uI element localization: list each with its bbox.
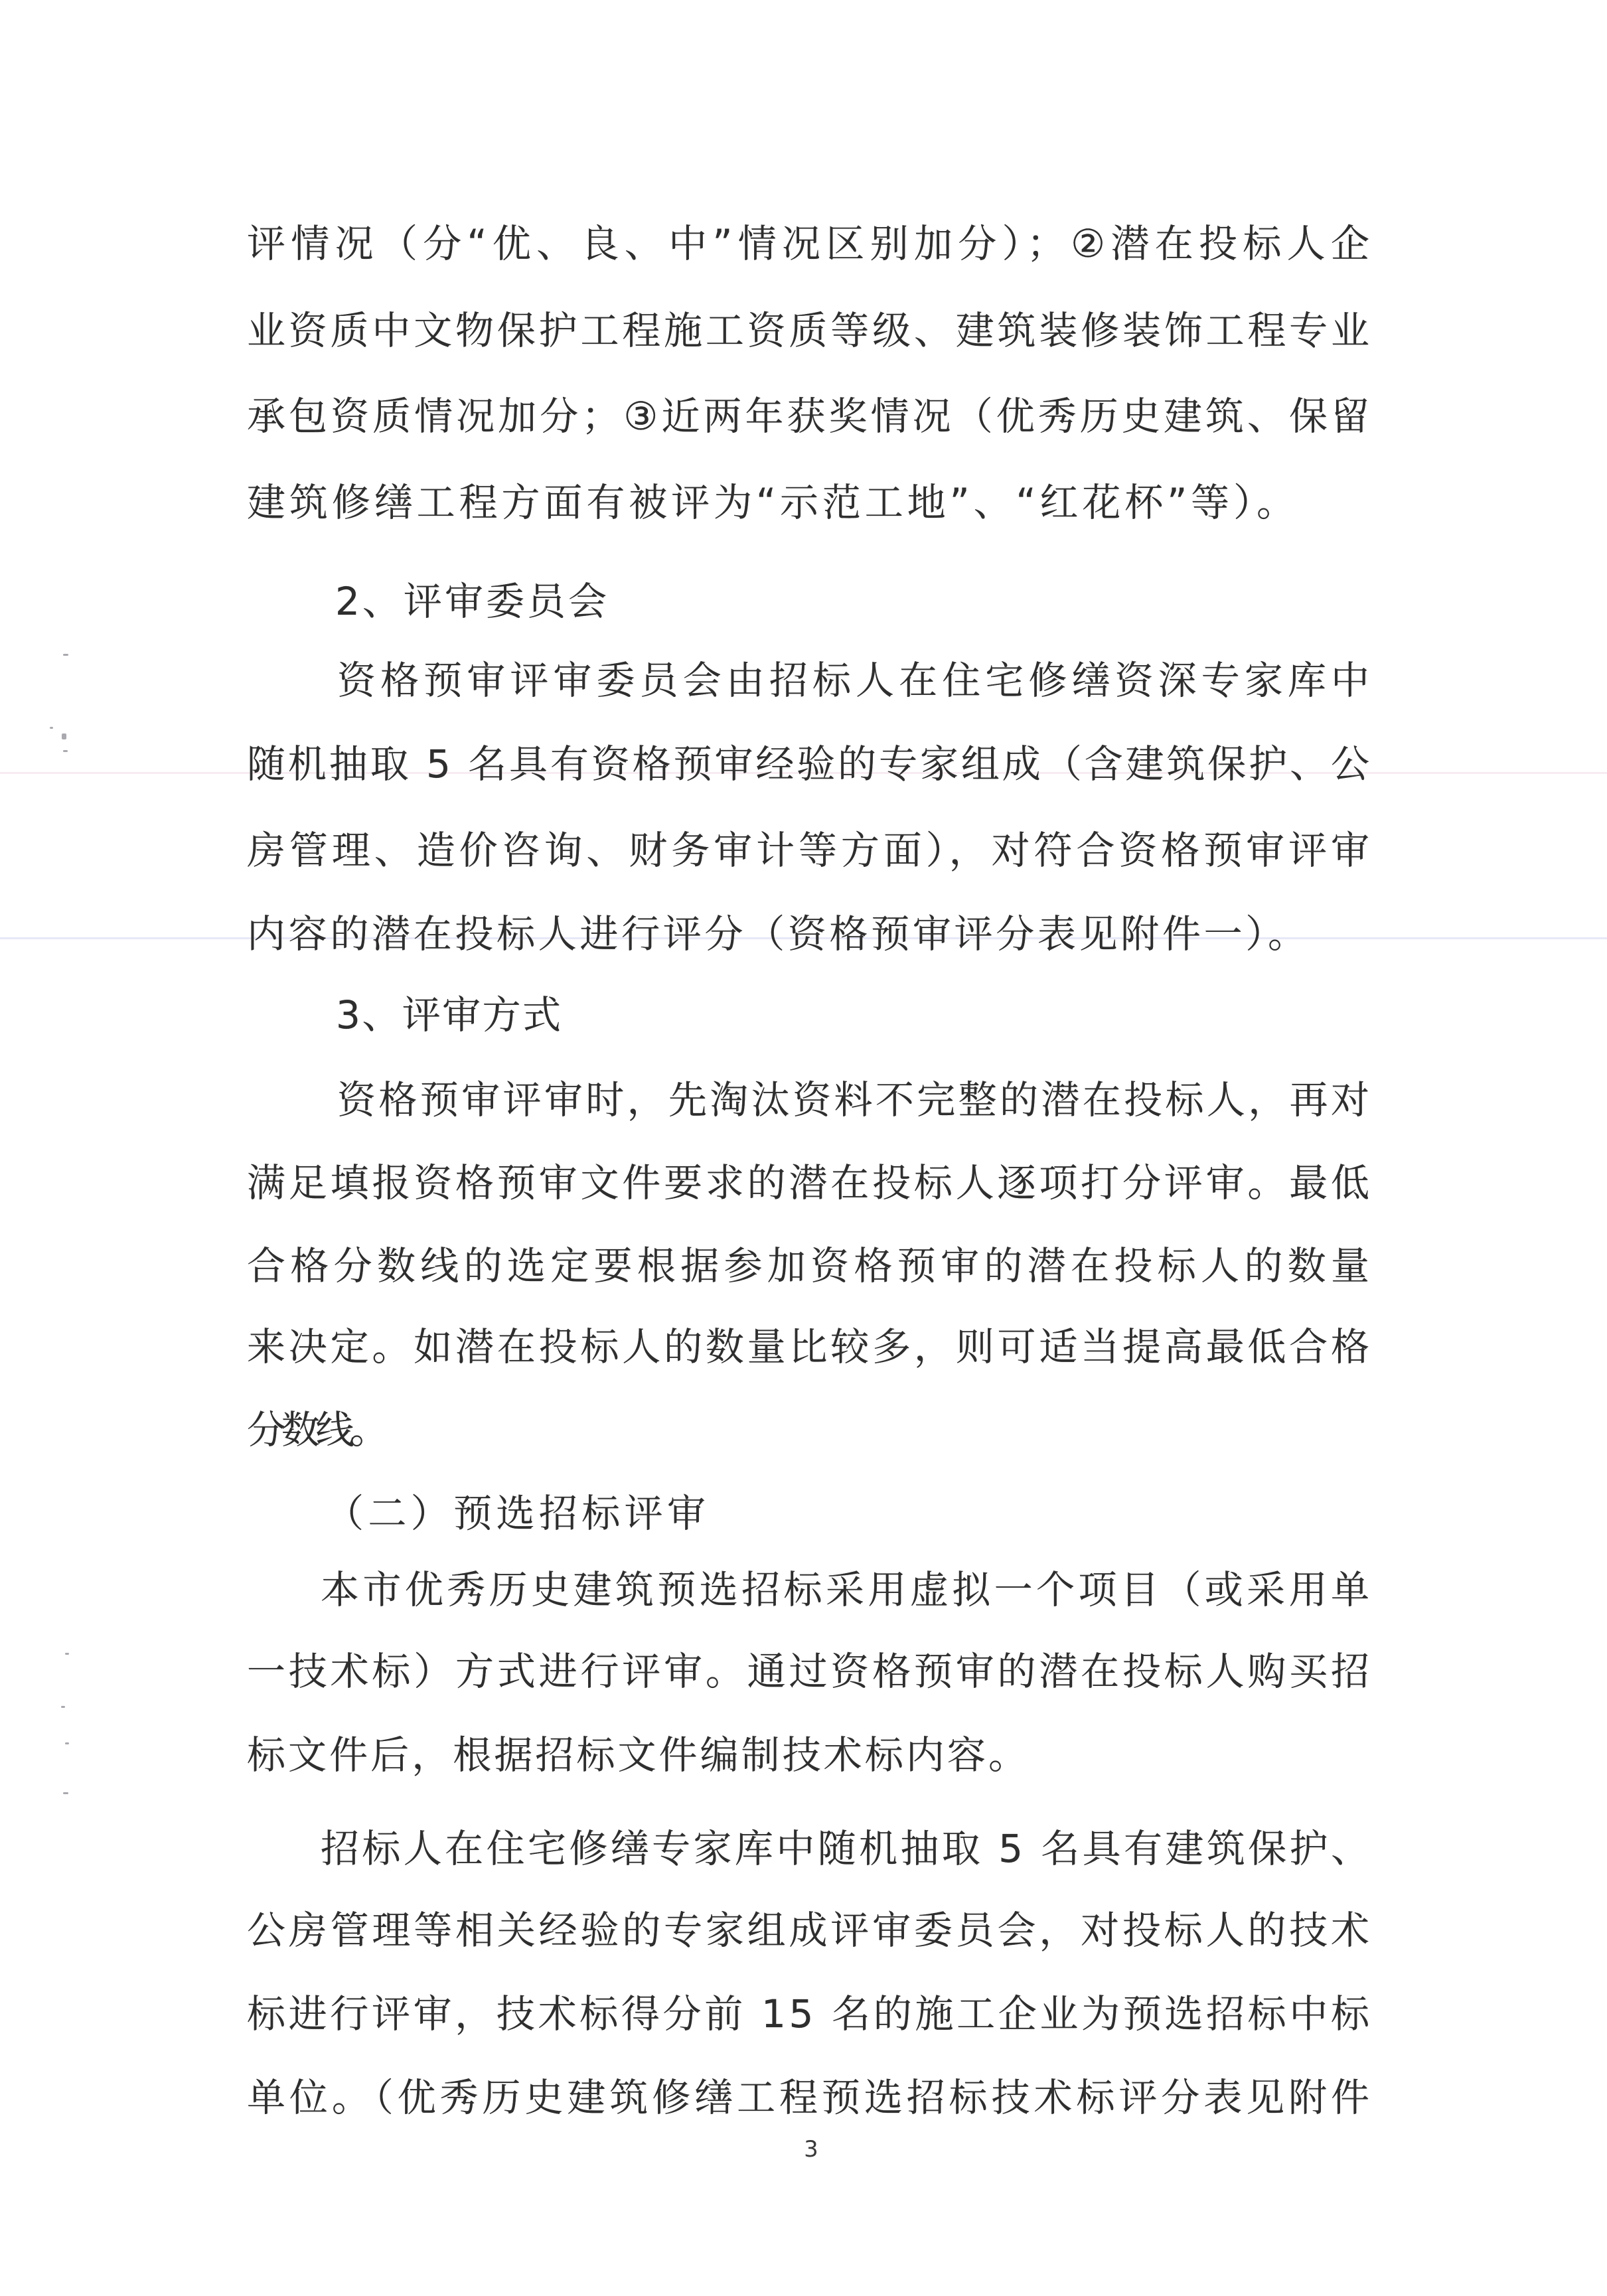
- text-line: 承包资质情况加分；③近两年获奖情况（优秀历史建筑、保留: [247, 393, 1369, 439]
- text-line: 标文件后，根据招标文件编制技术标内容。: [247, 1732, 1027, 1778]
- text-line: 满足填报资格预审文件要求的潜在投标人逐项打分评审。最低: [247, 1160, 1369, 1206]
- text-line: 一技术标）方式进行评审。通过资格预审的潜在投标人购买招: [247, 1648, 1369, 1695]
- scan-margin-mark: [62, 733, 66, 739]
- page-number: 3: [791, 2136, 831, 2163]
- text-line: 来决定。如潜在投标人的数量比较多，则可适当提高最低合格: [247, 1324, 1369, 1370]
- text-line: 分数线。: [247, 1407, 388, 1453]
- text-line: 合格分数线的选定要根据参加资格预审的潜在投标人的数量: [247, 1243, 1369, 1289]
- text-line: 房管理、造价咨询、财务审计等方面），对符合资格预审评审: [247, 827, 1369, 874]
- text-line: 建筑修缮工程方面有被评为“示范工地”、“红花杯”等）。: [247, 479, 1295, 526]
- scan-margin-mark: [65, 1653, 69, 1655]
- text-line: 标进行评审，技术标得分前 15 名的施工企业为预选招标中标: [247, 1991, 1369, 2037]
- scan-margin-mark: [63, 1792, 68, 1794]
- text-line: 评情况（分“优、良、中”情况区别加分）；②潜在投标人企: [247, 220, 1369, 267]
- text-line: （二）预选招标评审: [325, 1490, 706, 1537]
- text-line: 本市优秀历史建筑预选招标采用虚拟一个项目（或采用单: [321, 1567, 1369, 1613]
- text-line: 公房管理等相关经验的专家组成评审委员会，对投标人的技术: [247, 1907, 1369, 1953]
- text-line: 3、评审方式: [336, 992, 561, 1038]
- text-line: 单位。（优秀历史建筑修缮工程预选招标技术标评分表见附件: [247, 2074, 1369, 2121]
- text-line: 资格预审评审委员会由招标人在住宅修缮资深专家库中: [337, 657, 1369, 704]
- text-line: 随机抽取 5 名具有资格预审经验的专家组成（含建筑保护、公: [247, 741, 1369, 787]
- text-line: 内容的潜在投标人进行评分（资格预审评分表见附件一）。: [247, 911, 1306, 957]
- text-line: 2、评审委员会: [335, 578, 607, 625]
- scanned-document-page: 评情况（分“优、良、中”情况区别加分）；②潜在投标人企业资质中文物保护工程施工资…: [0, 0, 1607, 2296]
- scan-margin-mark: [61, 1706, 65, 1708]
- text-line: 资格预审评审时，先淘汰资料不完整的潜在投标人，再对: [337, 1077, 1369, 1123]
- scan-margin-mark: [50, 727, 53, 729]
- scan-margin-mark: [65, 1742, 69, 1744]
- scan-margin-mark: [63, 750, 68, 752]
- text-line: 招标人在住宅修缮专家库中随机抽取 5 名具有建筑保护、: [321, 1825, 1369, 1872]
- text-line: 业资质中文物保护工程施工资质等级、建筑装修装饰工程专业: [247, 307, 1369, 354]
- scan-margin-mark: [63, 654, 68, 656]
